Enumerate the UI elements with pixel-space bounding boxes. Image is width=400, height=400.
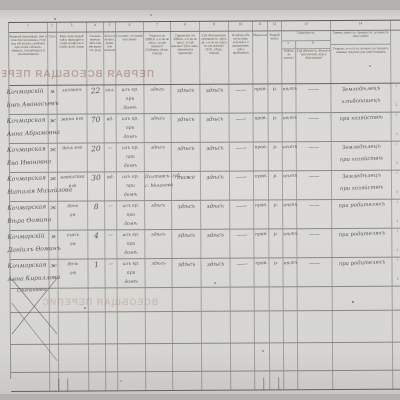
hw-text: его	[58, 184, 87, 190]
margin-number: 2	[392, 104, 400, 108]
cell-occupation: при родителяхъ	[332, 200, 392, 228]
hw-text: вд.	[105, 175, 116, 180]
col-num: 5	[104, 23, 115, 27]
hw-text: изъ кр.	[117, 174, 144, 180]
hw-text: 22	[87, 88, 103, 94]
cell	[173, 312, 202, 343]
cell-literacy-a: нѣтъ	[283, 229, 297, 257]
hw-text: нѣтъ	[283, 145, 296, 150]
cell-estate: изъ кр. при домѣ	[117, 230, 145, 258]
col-num: 1	[9, 24, 47, 28]
hw-text	[332, 242, 391, 244]
cell-sex: ж	[49, 144, 58, 172]
hw-text: ея	[58, 213, 87, 219]
cell-registered: здѣсь	[172, 201, 201, 229]
cell	[173, 344, 202, 371]
header-text: Вѣроисповѣданіе	[253, 33, 267, 37]
cell-relation: дочь ея	[58, 260, 88, 288]
header-text: Грамотность	[282, 31, 330, 35]
hw-text: 8	[88, 204, 104, 210]
margin-number: 2	[392, 249, 400, 253]
hw-text	[332, 126, 391, 128]
hw-text: здѣсь	[201, 116, 229, 123]
cell	[298, 287, 333, 310]
hw-text: Ева Ивановна	[7, 158, 45, 166]
cell-age: 1	[88, 259, 105, 287]
margin-number: 2	[392, 191, 400, 195]
hw-text: здѣсь	[201, 232, 229, 239]
hw-text: прав.	[254, 261, 268, 266]
hw-text: 20	[88, 146, 104, 152]
hw-text: здѣсь	[201, 261, 229, 268]
cell-relation: дочь ея	[58, 202, 88, 230]
hw-text: прав.	[254, 232, 268, 237]
cell	[146, 288, 173, 311]
cell	[270, 311, 284, 342]
cell-estate: изъ кр. при домѣ	[117, 259, 145, 287]
margin-number: 2	[392, 220, 400, 224]
cell	[89, 312, 106, 343]
cell-absence: ——	[230, 114, 254, 142]
col-header-registered: Приписанъ ли ЗДѢСЬ, а если не здѣсь, то …	[171, 32, 200, 84]
margin-number: 1	[392, 230, 400, 234]
hw-text: изъ кр.	[117, 261, 144, 267]
col-num: 6	[116, 23, 143, 27]
hw-text	[145, 125, 171, 126]
hw-text: м	[48, 88, 56, 94]
hw-text: ——	[297, 260, 331, 267]
cell-occupation: при хозяйствѣ	[332, 113, 392, 141]
hw-text: Земледѣлецъ	[332, 172, 391, 180]
hw-text: 1	[88, 262, 104, 268]
occupation-main-text: Главное, то есть то, которое доставляетъ…	[331, 45, 390, 61]
cell-occupation: при родителяхъ	[332, 229, 392, 257]
cell	[202, 288, 231, 311]
hw-text: изъ кр.	[117, 232, 144, 238]
cell-age: 70	[88, 114, 105, 142]
cell-relation: сынъ ея	[58, 231, 88, 259]
cell-born: Полтавск. губ. с. Мишнева	[145, 172, 172, 200]
table-row: Кочмарская Анна Абрамовна ж жена его 70 …	[10, 113, 400, 144]
cell	[284, 311, 298, 342]
hw-text: домѣ	[117, 105, 144, 111]
hw-text: м	[49, 233, 57, 239]
cell	[231, 311, 255, 342]
hw-text: здѣсь	[145, 261, 171, 267]
header-text: Полъ	[48, 35, 56, 39]
hw-text: р.	[269, 261, 282, 266]
cell	[106, 372, 118, 390]
hw-text: р.	[269, 145, 282, 150]
hw-text: Кочмарскій	[7, 232, 45, 240]
margin-strip-header	[391, 31, 400, 83]
hw-text: здѣсь	[172, 116, 200, 123]
col-header-absence: Отмѣтка объ отсутствіи, отлучкѣ и о врем…	[229, 32, 253, 84]
hw-text: прав.	[254, 116, 268, 121]
header-text: Родился ли ЗДѢСЬ, а если не здѣсь, то гд…	[144, 34, 170, 55]
cell-occupation: Земледѣлецъ хлѣбопашецъ	[331, 84, 391, 112]
hw-text: —	[105, 233, 116, 238]
col-num-cell: 3	[57, 23, 87, 32]
cell-registered: здѣсь	[172, 230, 201, 258]
cell-name: Кочмарскій Іовъ Аѳанасьевъ	[9, 86, 48, 114]
col-num-cell: 1	[9, 23, 48, 32]
hw-text: изъ кр.	[116, 87, 143, 93]
col-header-occupation: Занятіе, ремесло, промыселъ, должность и…	[331, 31, 391, 83]
cell-born: здѣсь	[145, 201, 172, 229]
col-num: 10	[229, 23, 252, 27]
cell	[298, 371, 333, 389]
hw-text: —	[105, 204, 116, 209]
hw-text	[58, 155, 87, 156]
cell	[146, 312, 173, 343]
cell-relation: невѣстка его	[58, 173, 88, 201]
empty-row	[11, 371, 400, 392]
hw-text: домѣ	[117, 221, 144, 227]
hw-text: р.	[269, 174, 282, 179]
table-row: Кочмарская Ева Ивановна ж дочь его 20 — …	[10, 142, 400, 173]
hw-text: хол.	[104, 88, 115, 93]
col-header-language: Родной языкъ	[268, 31, 282, 83]
table-row: Кочмарскій Даніилъ Ѳоминъ м сынъ ея 4 — …	[10, 229, 400, 260]
cell-absence: ——	[230, 172, 254, 200]
cell	[146, 372, 173, 390]
margin-number: 2	[392, 133, 400, 137]
cell-born: здѣсь	[145, 259, 172, 287]
cell	[255, 311, 270, 342]
hw-text: при хозяйствѣ	[332, 155, 391, 163]
cell-religion: прав.	[254, 142, 269, 170]
cell	[202, 312, 231, 343]
header-text: Родной языкъ	[268, 33, 281, 40]
hw-text: Земледѣлецъ	[331, 85, 390, 93]
cell-age: 8	[88, 201, 105, 229]
cell-language: р.	[269, 258, 283, 286]
margin-number: 2	[392, 162, 400, 166]
hw-text: здѣсь	[201, 203, 229, 210]
cell-religion: прав.	[254, 258, 269, 286]
header-text: а.	[282, 41, 295, 45]
cell-language: р.	[269, 113, 283, 141]
hw-text: домѣ	[117, 163, 144, 169]
cell-estate: изъ кр. при домѣ	[117, 172, 145, 200]
hw-text: здѣсь	[201, 145, 229, 152]
col-num-cell: 2	[48, 23, 57, 32]
cell-margin-strip: 1 2	[392, 200, 400, 228]
hw-text: р.	[269, 116, 282, 121]
col-num-cell: 10	[229, 22, 253, 31]
col-num: 7	[144, 23, 170, 27]
col-num: 14	[331, 22, 390, 26]
col-header-sex: Полъ	[48, 33, 57, 85]
cell	[202, 344, 231, 371]
hw-text: изъ кр.	[117, 145, 144, 151]
cell	[146, 344, 173, 371]
hw-text: тоже	[172, 174, 200, 181]
hw-text: при	[117, 212, 144, 218]
hw-text: дочь	[58, 262, 87, 268]
cell-language: р.	[269, 142, 283, 170]
col-header-literacy: Грамотность а. б. Умѣетъ ли читать? Гдѣ …	[282, 31, 331, 83]
cell-resides: здѣсь	[201, 201, 230, 229]
hw-text: прав.	[254, 203, 268, 208]
col-num-cell: 6	[116, 22, 144, 31]
cell	[173, 372, 202, 390]
hw-text: здѣсь	[144, 87, 170, 93]
cell-born: здѣсь	[145, 143, 172, 171]
cell-language: р.	[269, 229, 283, 257]
cell-language: р.	[269, 200, 283, 228]
hw-text	[146, 270, 172, 271]
hw-text: домѣ	[117, 134, 144, 140]
col-num-cell: 12	[268, 21, 282, 30]
empty-row	[11, 343, 400, 373]
hw-text: нѣтъ	[283, 261, 296, 266]
header-text: Главное, то есть то, которое доставляетъ…	[331, 47, 390, 54]
hw-text: Кочмарская	[7, 145, 45, 153]
cell	[393, 343, 400, 370]
cell-age: 20	[88, 143, 105, 171]
hw-text: Вѣра Ѳомина	[7, 216, 45, 224]
cell-age: 22	[87, 85, 104, 113]
cell-literacy-b: ——	[297, 142, 332, 170]
col-num: 9	[200, 23, 228, 27]
cell-resides: здѣсь	[201, 172, 230, 200]
cell-estate: изъ кр. при домѣ	[117, 114, 145, 142]
cell-sex: ж	[49, 202, 58, 230]
hw-text: нѣтъ	[283, 116, 296, 121]
cell-religion: прав.	[254, 171, 269, 199]
hw-text: р.	[268, 87, 281, 92]
hw-text: Кочмарская	[7, 203, 45, 211]
cell-age: 4	[88, 230, 105, 258]
cell-resides: здѣсь	[201, 143, 230, 171]
cell	[333, 287, 393, 310]
hw-text: при	[116, 96, 143, 102]
hw-text: прав.	[254, 174, 268, 179]
hw-text: прав.	[254, 145, 268, 150]
cell-name: Кочмарская Анна Абрамовна	[10, 115, 49, 143]
cell-absence: ——	[230, 201, 254, 229]
col-num-cell: 13	[282, 21, 331, 30]
cell	[106, 344, 118, 371]
col-num-cell: 4	[87, 22, 104, 31]
cell-marital: хол.	[104, 85, 116, 113]
cell	[118, 344, 146, 371]
hw-text: здѣсь	[200, 87, 228, 94]
cell-relation: жена его	[58, 115, 88, 143]
cell-estate: изъ кр. при домѣ	[116, 85, 144, 113]
header-text: Отмѣтка объ отсутствіи, отлучкѣ и о врем…	[229, 34, 252, 55]
cell-occupation: при родителяхъ	[332, 258, 392, 286]
hw-text	[333, 271, 392, 273]
header-text: Сословіе, состояніе или званіе	[116, 34, 143, 41]
hw-text: ж	[49, 204, 57, 210]
col-num: 11	[253, 22, 267, 26]
hw-text: ——	[230, 174, 253, 180]
cell-born: здѣсь	[144, 85, 171, 113]
cell-religion: прав.	[254, 200, 269, 228]
hw-text: вд.	[105, 117, 116, 122]
cell-literacy-a: нѣтъ	[283, 258, 297, 286]
margin-strip-top	[391, 21, 400, 30]
literacy-b-text: Гдѣ обучается, обучался или кончилъ курс…	[296, 49, 331, 83]
hw-text: изъ кр.	[117, 116, 144, 122]
empty-row	[11, 311, 400, 345]
col-num-cell: 7	[144, 22, 171, 31]
hw-text: нѣтъ	[283, 203, 296, 208]
cell	[333, 343, 393, 370]
col-header-resides: Гдѣ обыкновенно проживаетъ: здѣсь ли, а …	[200, 32, 229, 84]
col-num-cell: 5	[104, 22, 116, 31]
cell	[173, 288, 202, 311]
col-header-estate: Сословіе, состояніе или званіе	[116, 32, 144, 84]
hw-text: ——	[296, 86, 330, 93]
cell-absence: ——	[230, 229, 254, 257]
col-num: 2	[48, 24, 56, 28]
cell-estate: изъ кр. при домѣ	[117, 143, 145, 171]
cell-literacy-b: ——	[297, 113, 332, 141]
cell	[333, 371, 393, 389]
cell-relation: дочь его	[58, 144, 88, 172]
cell-literacy-a: нѣтъ	[283, 200, 297, 228]
cell-religion: прав.	[254, 229, 269, 257]
margin-number: 1	[392, 143, 400, 147]
cell-relation: хозяинъ	[57, 86, 87, 114]
hw-text: ——	[230, 145, 253, 151]
cell-literacy-b: ——	[296, 84, 331, 112]
hw-text: при родителяхъ	[332, 201, 391, 209]
hw-text: здѣсь	[171, 87, 199, 94]
cell-occupation: Земледѣлецъ при хозяйствѣ	[332, 142, 392, 170]
hw-text: ——	[297, 173, 331, 180]
hw-text: ——	[297, 115, 331, 122]
hw-text: ея	[58, 242, 87, 248]
hw-text: ж	[49, 117, 57, 123]
margin-number: 1	[392, 201, 400, 205]
hw-text: ——	[229, 87, 252, 93]
cell-resides: здѣсь	[200, 85, 229, 113]
cell-margin-strip: 1 2	[392, 258, 400, 286]
header-text: Умѣетъ ли читать?	[282, 49, 295, 60]
col-num: 13	[282, 22, 330, 26]
hw-text: здѣсь	[172, 261, 200, 268]
cell	[284, 371, 298, 389]
hw-text: ——	[230, 203, 253, 209]
cell	[11, 373, 50, 391]
cell-literacy-b: ——	[297, 229, 332, 257]
hw-text: —	[105, 146, 116, 151]
header-text: Занятіе, ремесло, промыселъ, должность и…	[331, 31, 390, 38]
cell	[59, 345, 89, 372]
literacy-b-label: б.	[296, 41, 330, 48]
header-text: Фамилія (прозвище), имя и отчество или и…	[9, 35, 47, 56]
dust-speckles	[0, 10, 2, 12]
hw-text: —	[105, 262, 116, 267]
cell	[106, 288, 118, 311]
hw-text: при	[117, 154, 144, 160]
hw-text: жена его	[58, 117, 87, 123]
hw-text: Даніилъ Ѳоминъ	[7, 245, 45, 253]
cell-registered: здѣсь	[171, 85, 200, 113]
hw-text: невѣстка	[58, 175, 87, 181]
hw-text: домѣ	[118, 279, 145, 285]
hw-text: р.	[269, 232, 282, 237]
hw-text: здѣсь	[201, 174, 229, 181]
hw-text: Земледѣлецъ	[332, 143, 391, 151]
hw-text: здѣсь	[172, 145, 200, 152]
header-text: Гдѣ обучается, обучался или кончилъ курс…	[296, 49, 331, 60]
table-body: Кочмарскій Іовъ Аѳанасьевъ м хозяинъ 22 …	[9, 84, 400, 392]
col-header-born: Родился ли ЗДѢСЬ, а если не здѣсь, то гд…	[144, 32, 171, 84]
hw-text	[145, 212, 171, 213]
hw-text: Анна Абрамовна	[7, 129, 45, 137]
empty-row	[11, 287, 400, 313]
hw-text: при	[117, 241, 144, 247]
cell-literacy-a: нѣтъ	[283, 171, 297, 199]
col-header-religion: Вѣроисповѣданіе	[253, 31, 268, 83]
cell	[298, 343, 333, 370]
table-row: Кочмарская Вѣра Ѳомина ж дочь ея 8 — изъ…	[10, 200, 400, 231]
hw-text: ——	[297, 144, 331, 151]
cell-literacy-b: ——	[297, 171, 332, 199]
cell	[255, 287, 270, 310]
hw-text	[57, 97, 86, 98]
cell-born: здѣсь	[145, 114, 172, 142]
hw-text: Кочмарская	[7, 261, 45, 269]
col-header-name: Фамилія (прозвище), имя и отчество или и…	[9, 33, 48, 85]
hw-text: Кочмарскій	[6, 87, 44, 95]
hw-text	[145, 241, 171, 242]
hw-text: нѣтъ	[282, 87, 295, 92]
census-table: 1 2 3 4 5 6 7 8 9 10 11 12 13 14 Фамилія…	[8, 20, 400, 379]
cell-sex: м	[49, 231, 58, 259]
hw-text: здѣсь	[172, 232, 200, 239]
hw-text	[332, 213, 391, 215]
cell	[106, 312, 118, 343]
hw-text: домѣ	[117, 192, 144, 198]
cell	[270, 371, 284, 389]
cell-resides: здѣсь	[201, 230, 230, 258]
hw-text: изъ кр.	[117, 203, 144, 209]
header-text: Какъ записанный здѣсь приходится главѣ х…	[57, 35, 86, 49]
col-num: 4	[87, 23, 103, 27]
header-text: Холостъ, женатъ, вдовъ или разведенъ	[104, 34, 115, 52]
cell	[255, 343, 270, 370]
cell	[270, 287, 284, 310]
header-text: б.	[296, 41, 330, 45]
col-num-cell: 8	[171, 22, 200, 31]
cell-name: Кочмарская Ева Ивановна	[10, 144, 49, 172]
hw-text: Наталія Михайлова	[7, 187, 45, 195]
cell-marital: —	[105, 201, 117, 229]
col-header-marital: Холостъ, женатъ, вдовъ или разведенъ	[104, 32, 116, 84]
cell	[231, 287, 255, 310]
cell	[118, 288, 146, 311]
hw-text: при	[118, 270, 145, 276]
cell-absence: ——	[230, 143, 254, 171]
cell-born: здѣсь	[145, 230, 172, 258]
cell-registered: тоже	[172, 172, 201, 200]
cell-language: р.	[268, 84, 282, 112]
hw-text: ——	[230, 116, 253, 122]
cell-sex: ж	[49, 115, 58, 143]
hw-text: при родителяхъ	[332, 259, 391, 267]
hw-text: дочь	[58, 204, 87, 210]
hw-text: при хозяйствѣ	[332, 184, 391, 192]
cell-registered: здѣсь	[172, 114, 201, 142]
hw-text: нѣтъ	[283, 174, 296, 179]
